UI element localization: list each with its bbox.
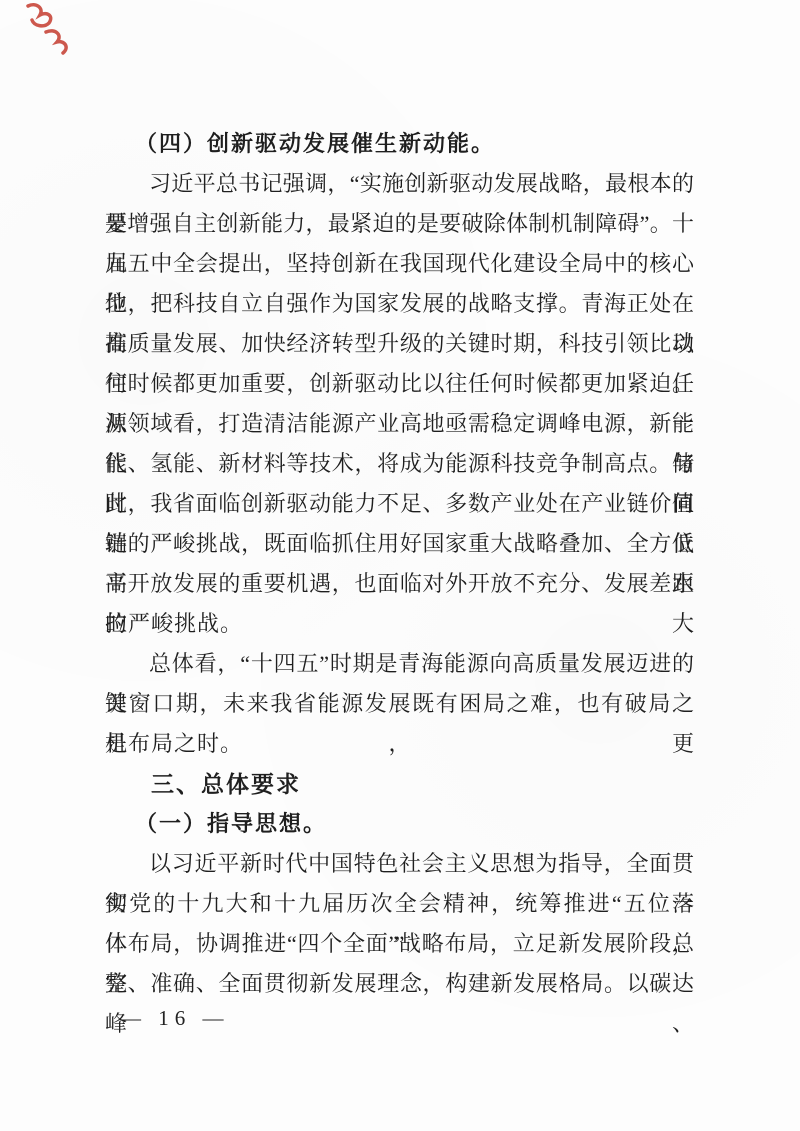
paragraph-line: 习近平总书记强调，“实施创新驱动发展战略，最根本的是 <box>105 164 694 204</box>
paragraph-line: 端的严峻挑战，既面临抓住用好国家重大战略叠加、全方位高水 <box>105 524 694 564</box>
paragraph-line: 实党的十九大和十九届历次全会精神，统筹推进“五位一体”总 <box>105 884 694 924</box>
paragraph-line: 平开放发展的重要机遇，也面临对外开放不充分、发展差距拉大 <box>105 564 694 604</box>
paragraph-line: 键窗口期，未来我省能源发展既有困局之难，也有破局之机，更 <box>105 684 694 724</box>
page-number: — 16 — <box>120 1006 230 1031</box>
paragraph-line: 何时候都更加重要，创新驱动比以往任何时候都更加紧迫。从能 <box>105 364 694 404</box>
paragraph-line: 能、氢能、新材料等技术，将成为能源科技竞争制高点。与此同 <box>105 444 694 484</box>
heading-section-3: 三、总体要求 <box>105 764 694 804</box>
paragraph-line: 位，把科技自立自强作为国家发展的战略支撑。青海正处在推动 <box>105 284 694 324</box>
paragraph-line: 体布局，协调推进“四个全面”战略布局，立足新发展阶段，完 <box>105 924 694 964</box>
paragraph-line: 整、准确、全面贯彻新发展理念，构建新发展格局。以碳达峰、 <box>105 964 694 1004</box>
paragraph-line: 届五中全会提出，坚持创新在我国现代化建设全局中的核心地 <box>105 244 694 284</box>
document-page: （四）创新驱动发展催生新动能。 习近平总书记强调，“实施创新驱动发展战略，最根本… <box>0 0 800 1131</box>
heading-guiding-thought: （一）指导思想。 <box>105 804 694 844</box>
paragraph-line: 要增强自主创新能力，最紧迫的是要破除体制机制障碍”。十九 <box>105 204 694 244</box>
paragraph-line: 时，我省面临创新驱动能力不足、多数产业处在产业链价值链低 <box>105 484 694 524</box>
paragraph-line: 总体看，“十四五”时期是青海能源向高质量发展迈进的关 <box>105 644 694 684</box>
document-body: （四）创新驱动发展催生新动能。 习近平总书记强调，“实施创新驱动发展战略，最根本… <box>105 124 694 1004</box>
paragraph-line: 高质量发展、加快经济转型升级的关键时期，科技引领比以往任 <box>105 324 694 364</box>
red-pen-mark-icon <box>20 0 92 72</box>
paragraph-line: 源领域看，打造清洁能源产业高地亟需稳定调峰电源，新一代储 <box>105 404 694 444</box>
heading-section-4: （四）创新驱动发展催生新动能。 <box>105 124 694 164</box>
paragraph-line: 以习近平新时代中国特色社会主义思想为指导，全面贯彻落 <box>105 844 694 884</box>
